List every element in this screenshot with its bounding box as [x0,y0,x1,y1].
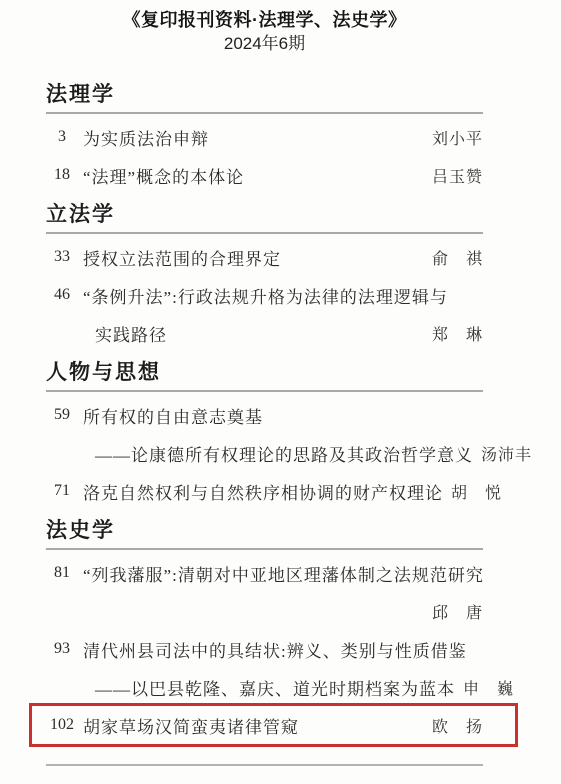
entry-title: ——以巴县乾隆、嘉庆、道光时期档案为蓝本 [83,675,455,700]
toc-entry-line: 71 洛克自然权利与自然秩序相协调的财产权理论 胡 悦 [46,472,483,510]
entry-page-number: 59 [46,406,78,424]
entry-author: 欧 扬 [424,714,483,737]
toc-entry-line: ——以巴县乾隆、嘉庆、道光时期档案为蓝本 申 巍 [46,668,483,706]
entry-title: 授权立法范围的合理界定 [83,245,281,270]
bottom-rule [46,764,483,766]
entry-page-number: 33 [46,248,78,266]
issue-number: 2024年6期 [46,32,483,56]
entry-page-number: 81 [46,564,78,582]
toc-section: 立法学 33 授权立法范围的合理界定 俞 祺 46 “条例升法”:行政法规升格为… [46,204,483,352]
entry-title: 清代州县司法中的具结状:辨义、类别与性质借鉴 [83,637,467,662]
entry-page-number: 18 [46,166,78,184]
page-header: 《复印报刊资料·法理学、法史学》 2024年6期 [46,8,483,56]
section-title: 立法学 [46,204,483,234]
entry-author: 刘小平 [424,126,483,149]
section-title: 人物与思想 [46,362,483,392]
toc-entry-line: 81 “列我藩服”:清朝对中亚地区理藩体制之法规范研究 [46,554,483,592]
toc-entry-line: 实践路径 郑 琳 [46,314,483,352]
toc-entry-line: 邱 唐 [46,592,483,630]
entry-title: “法理”概念的本体论 [83,163,244,188]
entry-author: 申 巍 [455,676,514,699]
entry-title: 所有权的自由意志奠基 [83,403,263,428]
entry-author: 俞 祺 [424,246,483,269]
journal-title: 《复印报刊资料·法理学、法史学》 [46,8,483,32]
section-entries: 59 所有权的自由意志奠基 ——论康德所有权理论的思路及其政治哲学意义 汤沛丰 … [46,396,483,510]
toc-section: 人物与思想 59 所有权的自由意志奠基 ——论康德所有权理论的思路及其政治哲学意… [46,362,483,510]
entry-page-number: 71 [46,482,78,500]
toc-section: 法史学 81 “列我藩服”:清朝对中亚地区理藩体制之法规范研究 邱 唐 93 清… [46,520,483,744]
entry-title: 为实质法治申辩 [83,125,209,150]
toc-entry-line: 18 “法理”概念的本体论 吕玉赞 [46,156,483,194]
entry-page-number: 46 [46,286,78,304]
toc-entry-line: 93 清代州县司法中的具结状:辨义、类别与性质借鉴 [46,630,483,668]
entry-title: ——论康德所有权理论的思路及其政治哲学意义 [83,441,473,466]
entry-author: 汤沛丰 [473,442,532,465]
toc-body: 法理学 3 为实质法治申辩 刘小平 18 “法理”概念的本体论 吕玉赞 立法学 … [46,84,483,744]
entry-title: 胡家草场汉简蛮夷诸律管窥 [83,713,299,738]
entry-title: 实践路径 [83,321,167,346]
toc-entry-line: 3 为实质法治申辩 刘小平 [46,118,483,156]
entry-page-number: 3 [46,128,78,146]
toc-entry-line: 102 胡家草场汉简蛮夷诸律管窥 欧 扬 [46,706,483,744]
entry-author: 胡 悦 [443,480,502,503]
section-entries: 3 为实质法治申辩 刘小平 18 “法理”概念的本体论 吕玉赞 [46,118,483,194]
section-title: 法理学 [46,84,483,114]
toc-section: 法理学 3 为实质法治申辩 刘小平 18 “法理”概念的本体论 吕玉赞 [46,84,483,194]
entry-title: “条例升法”:行政法规升格为法律的法理逻辑与 [83,283,448,308]
entry-author: 吕玉赞 [424,164,483,187]
entry-page-number: 93 [46,640,78,658]
toc-entry-line: ——论康德所有权理论的思路及其政治哲学意义 汤沛丰 [46,434,483,472]
toc-entry-line: 59 所有权的自由意志奠基 [46,396,483,434]
section-entries: 33 授权立法范围的合理界定 俞 祺 46 “条例升法”:行政法规升格为法律的法… [46,238,483,352]
entry-author: 邱 唐 [424,600,483,623]
entry-title: “列我藩服”:清朝对中亚地区理藩体制之法规范研究 [83,561,484,586]
entry-title: 洛克自然权利与自然秩序相协调的财产权理论 [83,479,443,504]
toc-entry-line: 33 授权立法范围的合理界定 俞 祺 [46,238,483,276]
toc-entry-line: 46 “条例升法”:行政法规升格为法律的法理逻辑与 [46,276,483,314]
journal-toc-page: 《复印报刊资料·法理学、法史学》 2024年6期 法理学 3 为实质法治申辩 刘… [0,0,561,784]
section-entries: 81 “列我藩服”:清朝对中亚地区理藩体制之法规范研究 邱 唐 93 清代州县司… [46,554,483,744]
section-title: 法史学 [46,520,483,550]
entry-author: 郑 琳 [424,322,483,345]
entry-page-number: 102 [46,716,78,734]
